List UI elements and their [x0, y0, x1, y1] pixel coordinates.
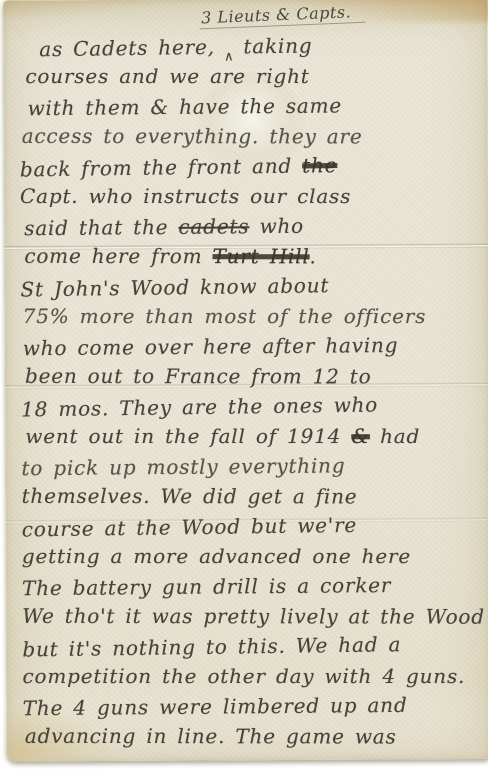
struck-out-text: cadets — [178, 214, 249, 239]
letter-line: back from the front and the — [20, 148, 480, 184]
letter-line: competition the other day with 4 guns. — [23, 661, 483, 691]
struck-out-text: Turt Hill — [213, 244, 310, 268]
letter-line: The 4 guns were limbered up and — [23, 689, 483, 723]
line-segment: access to everything. they are — [22, 124, 363, 149]
letter-line: been out to France from 12 to — [25, 361, 481, 392]
line-segment: advancing in line. The game was — [25, 724, 397, 749]
line-segment: to pick up mostly everything — [21, 453, 345, 480]
line-segment: 18 mos. They are the ones who — [21, 392, 378, 421]
line-segment: said that the — [24, 215, 179, 240]
letter-line: The battery gun drill is a corker — [22, 569, 482, 603]
line-segment: getting a more advanced one here — [22, 544, 411, 568]
letter-line: We tho't it was pretty lively at the Woo… — [22, 601, 482, 632]
line-segment: competition the other day with 4 guns. — [23, 664, 466, 688]
line-segment: courses and we are right — [25, 64, 309, 88]
letter-line: St John's Wood know about — [20, 268, 480, 304]
letter-line: themselves. We did get a fine — [22, 481, 482, 512]
line-segment: Capt. who instructs our class — [20, 184, 351, 208]
letter-line: course at the Wood but we're — [22, 508, 482, 544]
line-segment: back from the front and — [20, 154, 303, 182]
line-segment: themselves. We did get a fine — [22, 484, 358, 509]
letter-line: as Cadets here, ∧ taking — [39, 28, 479, 64]
line-segment: who come over here after having — [23, 333, 399, 360]
line-segment: but it's nothing to this. We had a — [22, 632, 401, 661]
line-segment: went out in the fall of 1914 — [25, 424, 351, 448]
struck-out-text: the — [302, 153, 337, 177]
letter-line: said that the cadets who — [24, 209, 480, 243]
line-segment: who — [249, 214, 304, 238]
letter-line: 75% more than most of the officers — [23, 301, 481, 331]
letter-line: with them & have the same — [27, 89, 479, 123]
line-segment: 75% more than most of the officers — [23, 304, 427, 328]
line-segment: had — [370, 424, 420, 448]
line-segment: been out to France from 12 to — [25, 364, 372, 389]
letter-paper: 3 Lieuts & Capts. as Cadets here, ∧ taki… — [3, 0, 488, 762]
scanned-letter-page: 3 Lieuts & Capts. as Cadets here, ∧ taki… — [0, 0, 488, 772]
letter-line: access to everything. they are — [22, 121, 480, 152]
letter-line: courses and we are right — [25, 61, 479, 91]
line-segment: St John's Wood know about — [20, 273, 329, 301]
struck-out-text: & — [351, 424, 370, 448]
line-segment: The 4 guns were limbered up and — [23, 693, 408, 720]
letter-line: to pick up mostly everything — [21, 449, 481, 483]
letter-line: advancing in line. The game was — [25, 721, 483, 752]
line-segment: course at the Wood but we're — [22, 513, 358, 542]
letter-line: who come over here after having — [23, 329, 481, 363]
line-segment: come here from — [24, 244, 212, 268]
line-segment: with them & have the same — [27, 93, 342, 120]
line-segment: The battery gun drill is a corker — [22, 573, 391, 600]
letter-line: Capt. who instructs our class — [20, 181, 480, 211]
letter-body: as Cadets here, ∧ takingcourses and we a… — [3, 0, 488, 762]
line-segment: We tho't it was pretty lively at the Woo… — [22, 604, 485, 629]
letter-line: come here from Turt Hill. — [24, 241, 480, 272]
letter-line: went out in the fall of 1914 & had — [25, 421, 481, 451]
letter-line: getting a more advanced one here — [22, 541, 482, 571]
letter-line: but it's nothing to this. We had a — [22, 628, 482, 664]
letter-line: 18 mos. They are the ones who — [21, 388, 481, 424]
line-segment: . — [310, 244, 317, 268]
line-segment: as Cadets here, — [39, 35, 225, 62]
line-segment: taking — [233, 33, 312, 58]
